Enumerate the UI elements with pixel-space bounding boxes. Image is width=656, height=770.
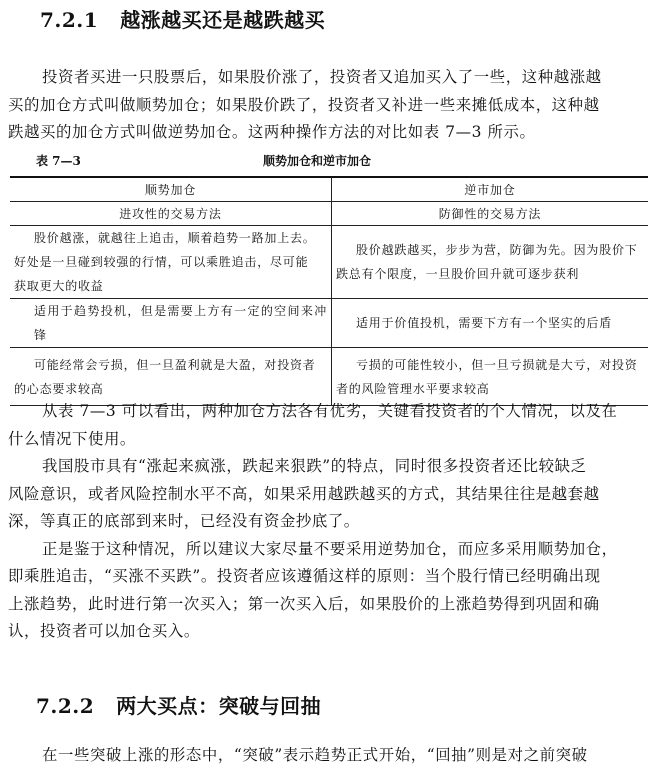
table-cell: 适用于趋势投机，但是需要上方有一定的空间来冲锋 [10,299,332,348]
subheader-offensive: 进攻性的交易方法 [10,202,332,226]
comparison-table: 顺势加仓 逆市加仓 进攻性的交易方法 防御性的交易方法 股价越涨，就越往上追击，… [10,176,648,406]
column-header-trend-add: 顺势加仓 [10,177,332,202]
table-cell: 可能经常会亏损，但一旦盈利就是大盈，对投资者 的心态要求较高 [10,348,332,406]
paragraph: 从表 7—3 可以看出，两种加仓方法各有优劣，关键看投资者的个人情况，以及在 什… [8,398,648,453]
table-row: 可能经常会亏损，但一旦盈利就是大盈，对投资者 的心态要求较高 亏损的可能性较小，… [10,348,648,406]
cell-line: 可能经常会亏损，但一旦盈利就是大盈，对投资者 [14,353,327,377]
text-line: 深，等真正的底部到来时，已经没有资金抄底了。 [8,508,648,536]
section-heading-7-2-1: 7.2.1越涨越买还是越跌越买 [40,4,325,33]
table-row: 适用于趋势投机，但是需要上方有一定的空间来冲锋 适用于价值投机，需要下方有一个坚… [10,299,648,348]
table-cell: 股价越涨，就越往上追击，顺着趋势一路加上去。 好处是一旦碰到较强的行情，可以乘胜… [10,226,332,299]
table-row: 股价越涨，就越往上追击，顺着趋势一路加上去。 好处是一旦碰到较强的行情，可以乘胜… [10,226,648,299]
table-cell: 股价越跌越买，步步为营，防御为先。因为股价下 跌总有个限度，一旦股价回升就可逐步… [332,226,649,299]
cell-line: 者的风险管理水平要求较高 [336,377,644,401]
cell-line: 跌总有个限度，一旦股价回升就可逐步获利 [336,262,644,286]
table-label: 表 7—3 [36,152,81,169]
table-title: 顺势加仓和逆市加仓 [263,152,371,169]
text-line: 上涨趋势，此时进行第一次买入；第一次买入后，如果股价的上涨趋势得到巩固和确 [8,591,648,619]
subheader-defensive: 防御性的交易方法 [332,202,649,226]
intro-paragraph: 投资者买进一只股票后，如果股价涨了，投资者又追加买入了一些，这种越涨越 买的加仓… [8,64,648,147]
text-line: 风险意识，或者风险控制水平不高，如果采用越跌越买的方式，其结果往往是越套越 [8,481,648,509]
final-paragraph: 在一些突破上涨的形态中，“突破”表示趋势正式开始，“回抽”则是对之前突破 [8,742,648,770]
text-line: 跌越买的加仓方式叫做逆势加仓。这两种操作方法的对比如表 7—3 所示。 [8,119,648,147]
cell-line: 的心态要求较高 [14,377,327,401]
cell-line: 适用于趋势投机，但是需要上方有一定的空间来冲锋 [14,299,327,347]
section-heading-7-2-2: 7.2.2两大买点：突破与回抽 [36,690,321,719]
section-title: 越涨越买还是越跌越买 [120,8,325,32]
section-number: 7.2.1 [40,8,98,32]
cell-line: 股价越跌越买，步步为营，防御为先。因为股价下 [336,238,644,262]
section-title: 两大买点：突破与回抽 [116,694,321,718]
body-paragraphs: 从表 7—3 可以看出，两种加仓方法各有优劣，关键看投资者的个人情况，以及在 什… [8,398,648,646]
table-cell: 适用于价值投机，需要下方有一个坚实的后盾 [332,299,649,348]
text-line: 我国股市具有“涨起来疯涨，跌起来狠跌”的特点，同时很多投资者还比较缺乏 [42,457,587,475]
cell-line: 获取更大的收益 [14,274,327,298]
section-number: 7.2.2 [36,694,94,718]
paragraph: 正是鉴于这种情况，所以建议大家尽量不要采用逆势加仓，而应多采用顺势加仓， 即乘胜… [8,536,648,646]
text-line: 正是鉴于这种情况，所以建议大家尽量不要采用逆势加仓，而应多采用顺势加仓， [42,540,618,558]
cell-line: 好处是一旦碰到较强的行情，可以乘胜追击，尽可能 [14,250,327,274]
text-line: 投资者买进一只股票后，如果股价涨了，投资者又追加买入了一些，这种越涨越 [42,68,602,86]
text-line: 认，投资者可以加仓买入。 [8,618,648,646]
cell-line: 股价越涨，就越往上追击，顺着趋势一路加上去。 [14,226,327,250]
text-line: 买的加仓方式叫做顺势加仓；如果股价跌了，投资者又补进一些来摊低成本，这种越 [8,92,648,120]
cell-line: 亏损的可能性较小，但一旦亏损就是大亏，对投资 [336,353,644,377]
text-line: 从表 7—3 可以看出，两种加仓方法各有优劣，关键看投资者的个人情况，以及在 [42,402,617,420]
text-line: 什么情况下使用。 [8,426,648,454]
text-line: 即乘胜追击，“买涨不买跌”。投资者应该遵循这样的原则：当个股行情已经明确出现 [8,563,648,591]
column-header-counter-add: 逆市加仓 [332,177,649,202]
paragraph: 我国股市具有“涨起来疯涨，跌起来狠跌”的特点，同时很多投资者还比较缺乏 风险意识… [8,453,648,536]
cell-line: 适用于价值投机，需要下方有一个坚实的后盾 [336,311,644,335]
text-line: 在一些突破上涨的形态中，“突破”表示趋势正式开始，“回抽”则是对之前突破 [42,746,588,764]
table-header-row: 顺势加仓 逆市加仓 [10,177,648,202]
table-subheader-row: 进攻性的交易方法 防御性的交易方法 [10,202,648,226]
table-cell: 亏损的可能性较小，但一旦亏损就是大亏，对投资 者的风险管理水平要求较高 [332,348,649,406]
